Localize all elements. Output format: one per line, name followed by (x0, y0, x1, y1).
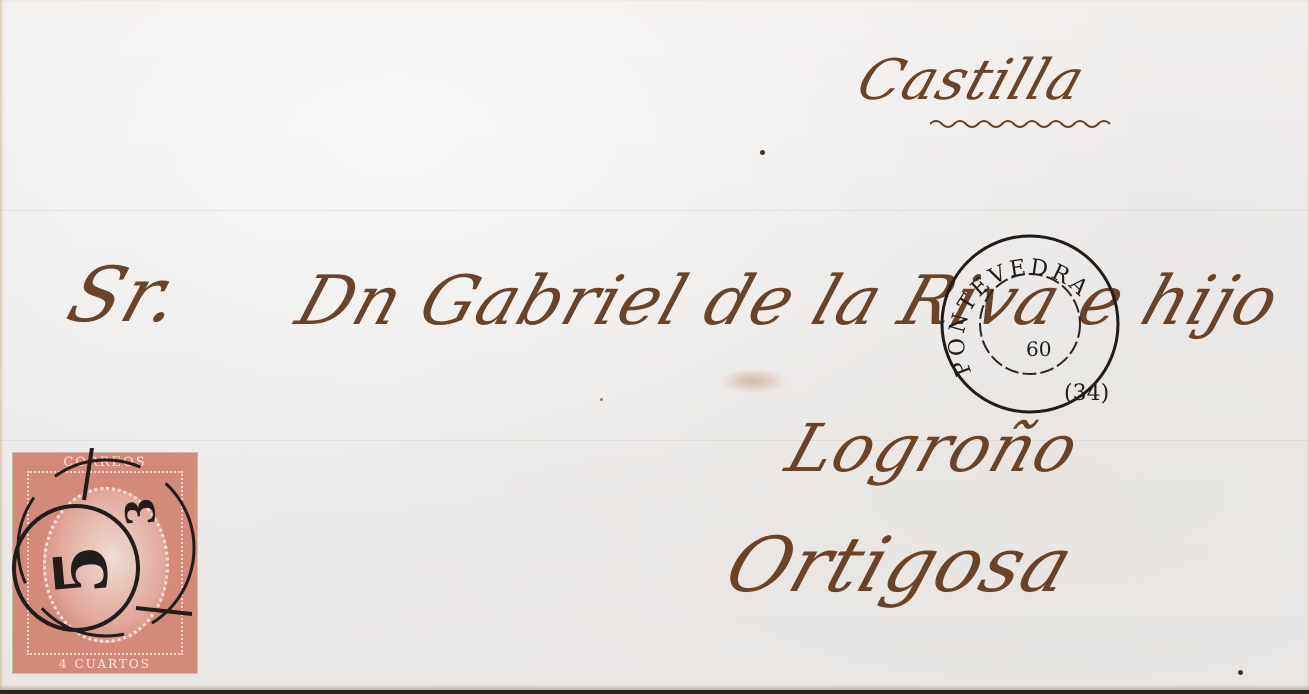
cancel-digit: 5 (36, 542, 125, 599)
paper-speck (760, 150, 765, 155)
postmark-town: PONTEVEDRA (944, 255, 1094, 379)
salutation: Sr. (58, 250, 194, 339)
routing-flourish (930, 118, 1120, 128)
paper-speck (600, 398, 603, 401)
ink-stain (718, 368, 788, 394)
postmark-district: (34) (1064, 381, 1109, 406)
fold-line (0, 210, 1309, 211)
paper-speck (1238, 670, 1243, 675)
grill-cancellation: 5 3 (6, 448, 200, 676)
address-city: Logroño (777, 410, 1088, 487)
postage-stamp: CORREOS 4 CUARTOS 5 3 (6, 448, 200, 676)
routing-note: Castilla (849, 48, 1093, 113)
address-town: Ortigosa (716, 520, 1085, 609)
envelope: Castilla Sr. Dn Gabriel de la Riva e hij… (0, 0, 1309, 690)
svg-text:PONTEVEDRA: PONTEVEDRA (944, 255, 1094, 379)
fold-line (0, 440, 1309, 441)
postmark-date: 60 (1026, 337, 1051, 361)
circular-date-postmark: PONTEVEDRA (34) 60 (938, 232, 1122, 416)
svg-text:3: 3 (116, 496, 165, 528)
addressee-name: Dn Gabriel de la Riva e hijo (287, 262, 1289, 341)
